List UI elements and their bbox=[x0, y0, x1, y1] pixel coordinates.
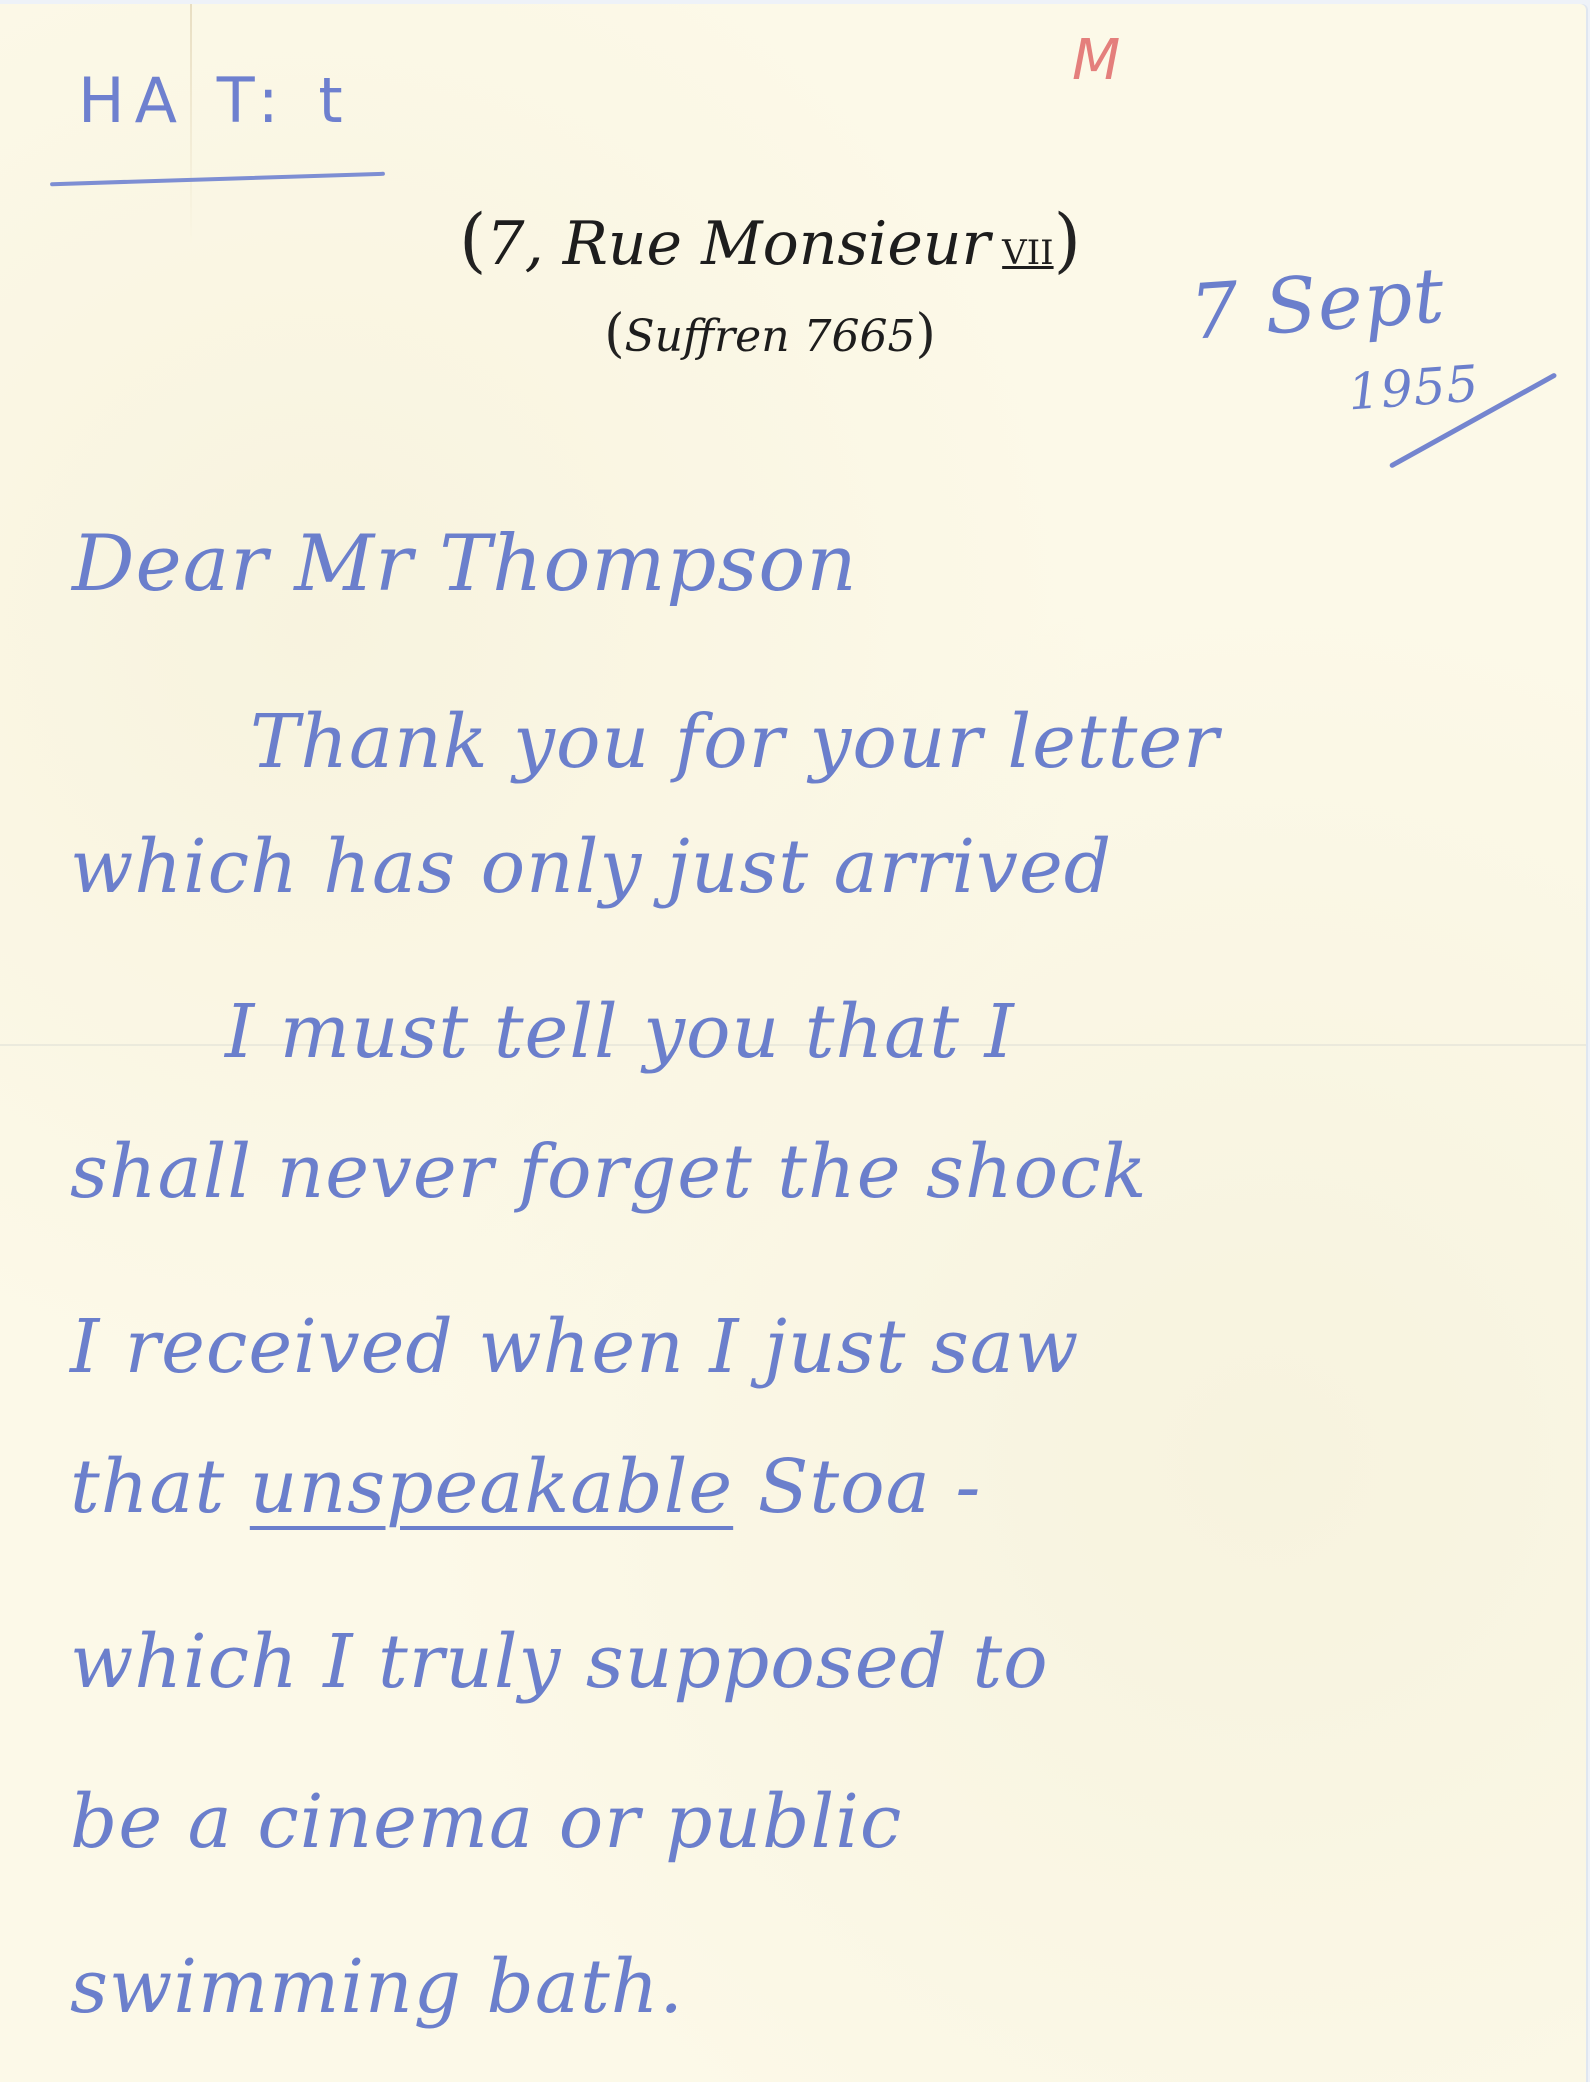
body-line-3: I must tell you that I bbox=[225, 989, 1015, 1075]
letterhead-telephone: Suffren 7665 bbox=[624, 311, 915, 362]
body-line-8: be a cinema or public bbox=[70, 1779, 902, 1865]
red-pencil-mark: M bbox=[1072, 28, 1120, 93]
flourish-close-icon: ) bbox=[1054, 199, 1081, 281]
letterhead-telephone-line: (Suffren 7665) bbox=[420, 299, 1120, 372]
flourish-close-icon: ) bbox=[916, 304, 936, 364]
body-word-underlined: unspeakable bbox=[250, 1444, 733, 1530]
letterhead-address-line: (7, Rue MonsieurVII) bbox=[420, 200, 1120, 293]
body-word-stoa: Stoa - bbox=[758, 1444, 982, 1530]
body-line-1: Thank you for your letter bbox=[250, 699, 1220, 785]
date-year: 1955 bbox=[1346, 354, 1481, 421]
body-line-2: which has only just arrived bbox=[70, 824, 1112, 910]
flourish-open-icon: ( bbox=[604, 304, 624, 364]
salutation: Dear Mr Thompson bbox=[72, 519, 858, 609]
letterhead: (7, Rue MonsieurVII) (Suffren 7665) bbox=[420, 200, 1120, 372]
date-day-month: 7 Sept bbox=[1187, 250, 1447, 357]
body-line-6: that unspeakable Stoa - bbox=[70, 1444, 981, 1530]
flourish-open-icon: ( bbox=[459, 199, 486, 281]
body-line-7: which I truly supposed to bbox=[70, 1619, 1049, 1705]
letterhead-arrondissement: VII bbox=[1002, 233, 1053, 273]
archive-reference: HA T: t bbox=[78, 64, 353, 137]
archive-reference-underline bbox=[50, 172, 385, 187]
body-line-5: I received when I just saw bbox=[70, 1304, 1079, 1390]
body-line-9: swimming bath. bbox=[70, 1944, 684, 2030]
letter-page: HA T: t M (7, Rue MonsieurVII) (Suffren … bbox=[0, 4, 1586, 2082]
body-word-that: that bbox=[70, 1444, 225, 1530]
body-line-4: shall never forget the shock bbox=[70, 1129, 1147, 1215]
letterhead-address: 7, Rue Monsieur bbox=[486, 209, 990, 279]
